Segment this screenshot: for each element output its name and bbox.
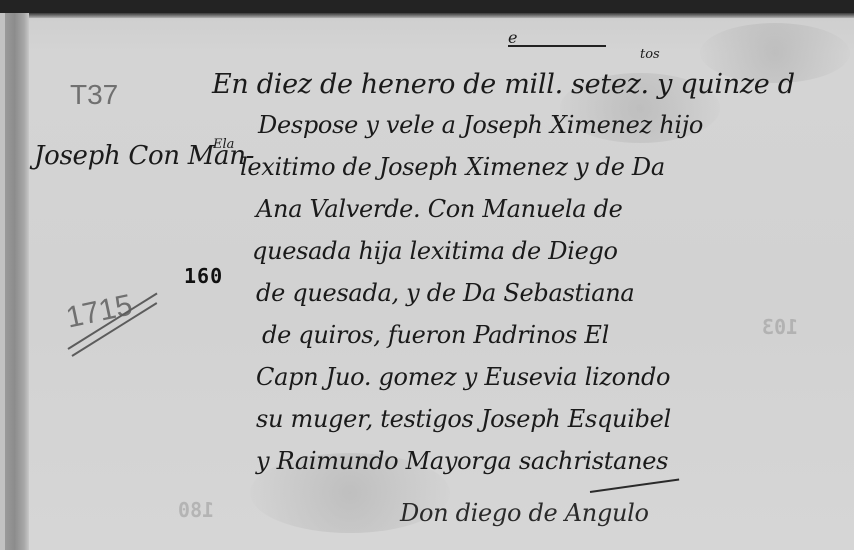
- record-line-5: quesada hija lexitima de Diego: [252, 239, 618, 263]
- record-line-9: su muger, testigos Joseph Esquibel: [256, 407, 671, 431]
- binding-shadow: [5, 13, 29, 550]
- superscript-tos: tos: [640, 47, 660, 62]
- record-line-6: de quesada, y de Da Sebastiana: [256, 281, 634, 305]
- record-line-10: y Raimundo Mayorga sachristanes: [256, 449, 668, 473]
- pencil-reference-number: T37: [70, 79, 118, 111]
- bleedthrough-number: 103: [762, 315, 798, 339]
- record-line-7: de quiros, fueron Padrinos El: [262, 323, 609, 347]
- record-line-3: lexitimo de Joseph Ximenez y de Da: [240, 155, 665, 179]
- manuscript-page: T37 Joseph Con Man- Ela 1715 160 103 180…: [0, 13, 854, 550]
- page-top-edge: [0, 13, 854, 18]
- document-viewer: T37 Joseph Con Man- Ela 1715 160 103 180…: [0, 0, 854, 550]
- priest-signature: Don diego de Angulo: [400, 499, 649, 527]
- abbreviation-stroke: [508, 45, 606, 47]
- margin-entry-name-superscript: Ela: [213, 137, 234, 152]
- record-line-1: En diez de henero de mill. setez. y quin…: [212, 71, 795, 98]
- record-line-2: Despose y vele a Joseph Ximenez hijo: [258, 113, 703, 137]
- stamped-entry-number: 160: [184, 264, 223, 288]
- signature-flourish: [590, 478, 679, 493]
- bleedthrough-number-left: 180: [178, 498, 214, 522]
- record-line-8: Capn Juo. gomez y Eusevia lizondo: [256, 365, 670, 389]
- viewer-top-bar: [0, 0, 854, 13]
- record-line-4: Ana Valverde. Con Manuela de: [256, 197, 623, 221]
